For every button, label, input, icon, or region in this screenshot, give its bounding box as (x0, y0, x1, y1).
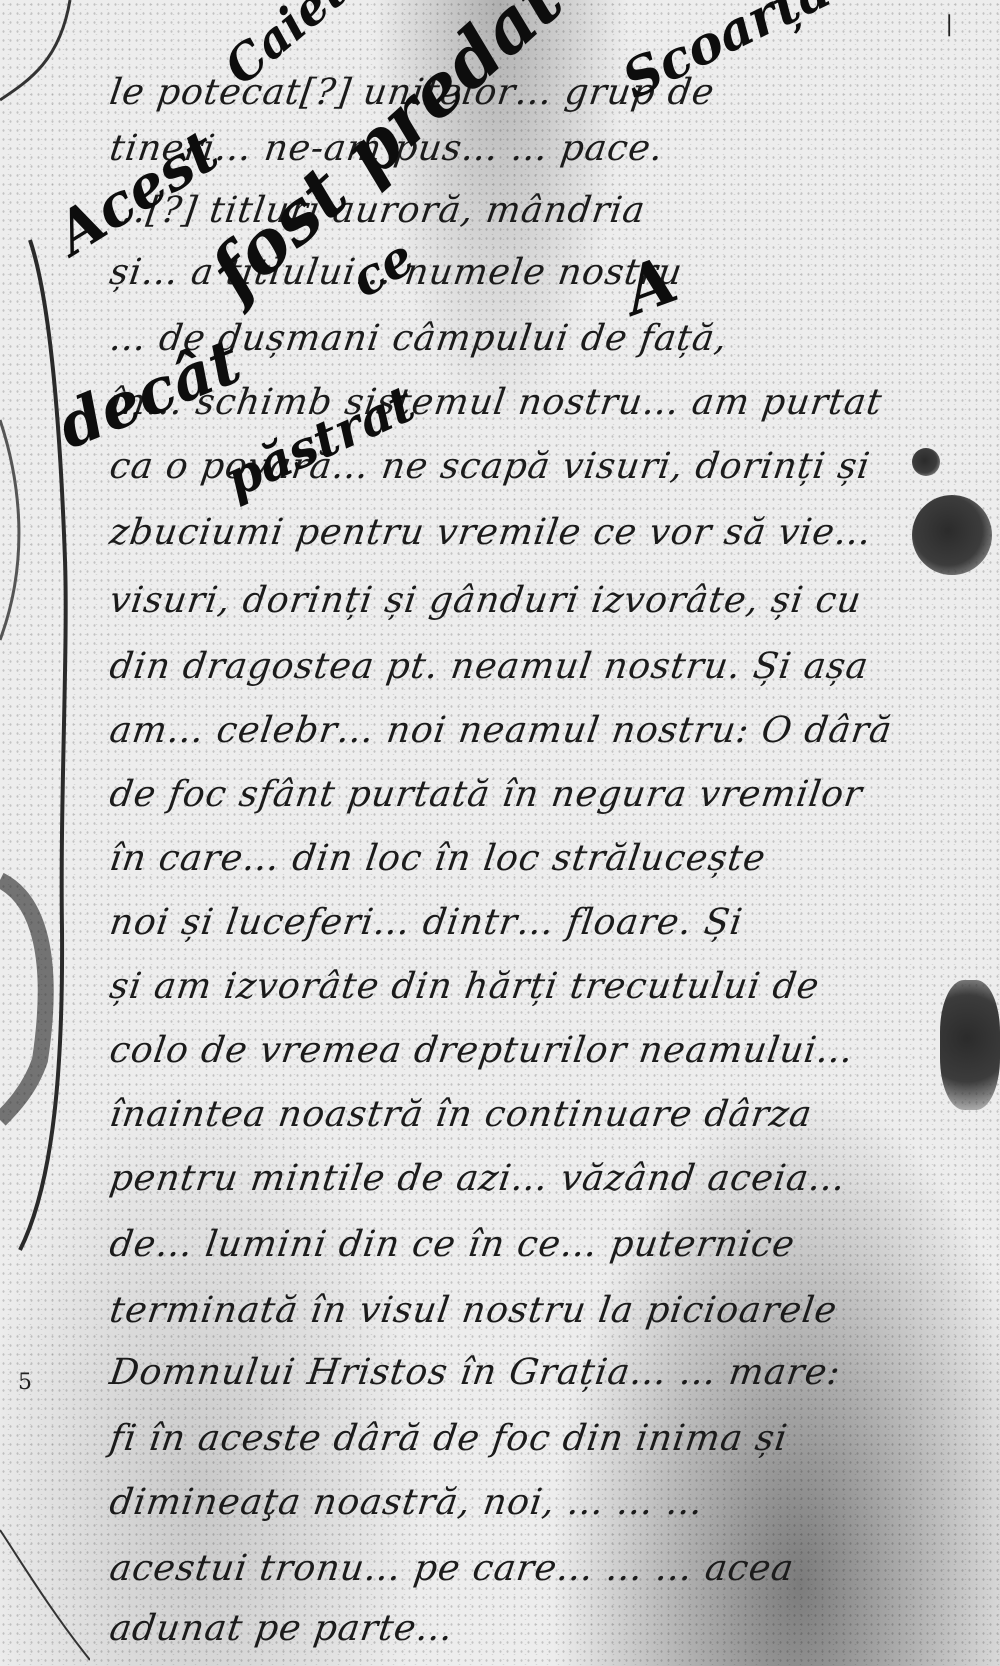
text-line: tineri… ne-am pus… … pace. (107, 128, 963, 169)
text-line: … de dușmani câmpului de față, (107, 318, 963, 359)
text-line: adunat pe parte… (107, 1608, 963, 1649)
text-line: noi și luceferi… dintr… floare. Și (107, 902, 963, 943)
text-line: fi în aceste dâră de foc din inima și (107, 1418, 963, 1459)
text-line: în care… din loc în loc strălucește (107, 838, 963, 879)
ink-blot (912, 448, 940, 476)
text-line: de… lumini din ce în ce… puternice (107, 1224, 963, 1265)
page-mark: 5 (18, 1370, 32, 1395)
corner-mark: ❘ (940, 12, 958, 37)
text-line: Domnului Hristos în Grația… … mare: (107, 1352, 963, 1393)
text-line: visuri, dorinți și gânduri izvorâte, și … (107, 580, 963, 621)
text-line: dimineaţa noastră, noi, … … … (107, 1482, 963, 1523)
ink-blot (912, 495, 992, 575)
text-line: pentru mintile de azi… văzând aceia… (107, 1158, 963, 1199)
manuscript-page: le potecat[?] unitelor… grup de tineri… … (0, 0, 1000, 1666)
text-line: de foc sfânt purtată în negura vremilor (107, 774, 963, 815)
text-line: colo de vremea drepturilor neamului… (107, 1030, 963, 1071)
text-line: terminată în visul nostru la picioarele (107, 1290, 963, 1331)
ink-blot (940, 980, 1000, 1110)
text-line: acestui tronu… pe care… … … acea (107, 1548, 963, 1589)
text-line: înaintea noastră în continuare dârza (107, 1094, 963, 1135)
text-line: zbuciumi pentru vremile ce vor să vie… (107, 512, 963, 553)
text-line: și am izvorâte din hărți trecutului de (107, 966, 963, 1007)
paper-texture (0, 0, 1000, 1666)
text-line: din dragostea pt. neamul nostru. Și așa (107, 646, 963, 687)
text-line: am… celebr… noi neamul nostru: O dâră (107, 710, 963, 751)
